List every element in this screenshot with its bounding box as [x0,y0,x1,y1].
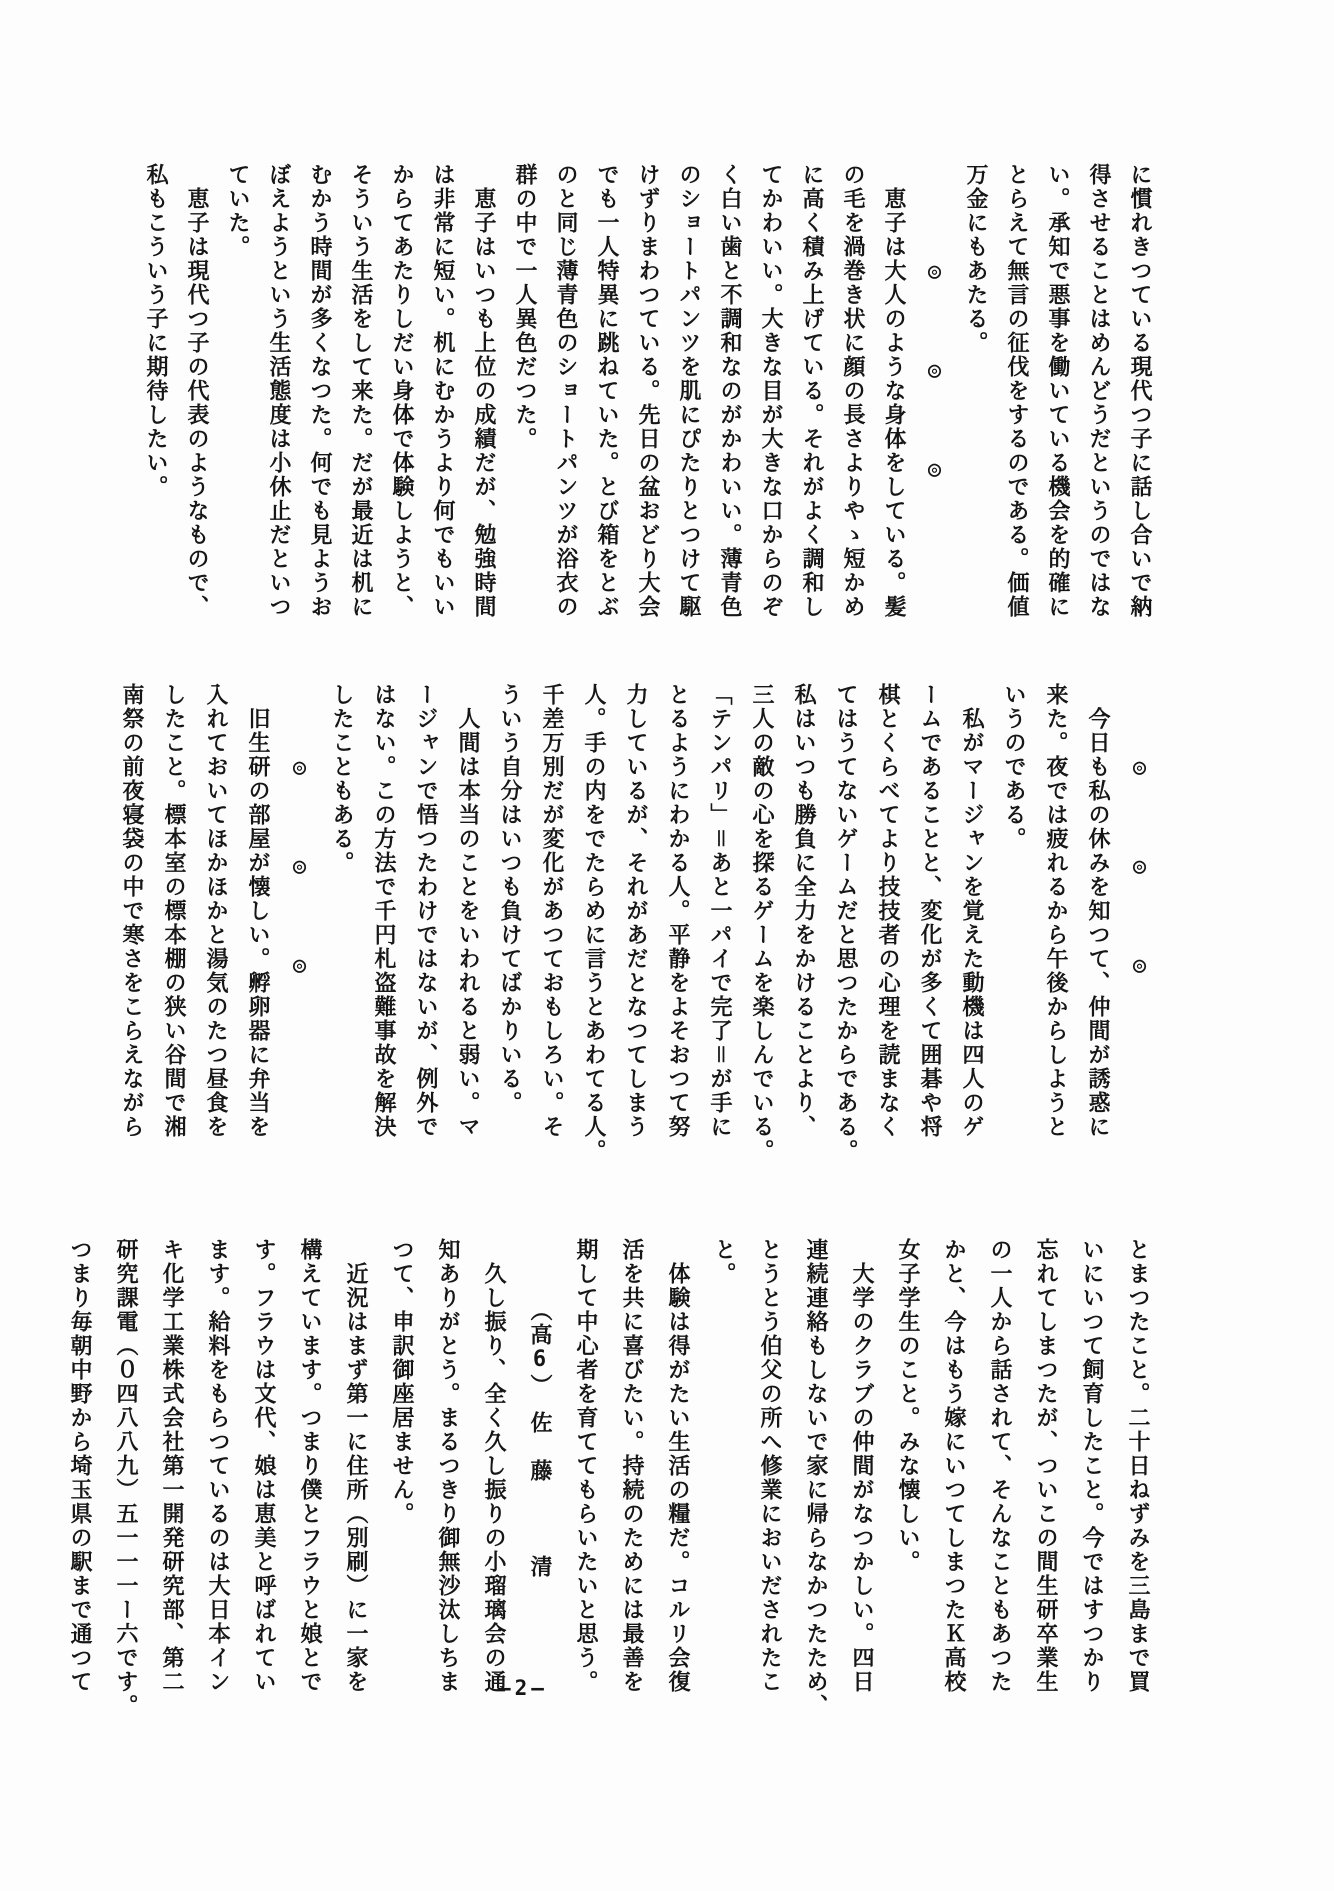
section-separator-circles: ◎ ◎ ◎ [1118,683,1160,1161]
text-column: 連続連絡もしないで家に帰らなかつたため、 [792,1238,838,1693]
text-column: 女子学生のこと。みな懐しい。 [884,1238,930,1693]
text-column: ージャンで悟つたわけではないが、例外で [404,683,446,1161]
text-column: 群の中で一人異色だつた。 [504,163,545,633]
text-column: 三人の敵の心を探るゲームを楽しんでいる。 [740,683,782,1161]
text-column: 棋とくらべてより技技者の心理を読まなく [866,683,908,1161]
text-column: 万金にもあたる。 [955,163,996,633]
text-column: に高く積み上げている。それがよく調和し [791,163,832,633]
text-column: と。 [700,1238,746,1693]
text-band-top: に慣れきつている現代つ子に話し合いで納 得させることはめんどうだというのではな … [135,163,1160,633]
section-separator-circles: ◎ ◎ ◎ [278,683,320,1161]
text-column: キ化学工業株式会社第一開発研究部、第二 [148,1238,194,1693]
text-column: い。承知で悪事を働いている機会を的確に [1037,163,1078,633]
text-column: むかう時間が多くなつた。何でも見ようお [299,163,340,633]
text-column: のショートパンツを肌にぴたりとつけて駆 [668,163,709,633]
text-column: ームであることと、変化が多くて囲碁や将 [908,683,950,1161]
text-column: 研究課電（０四八八九）五一一一ー六です。 [102,1238,148,1693]
text-column: 忘れてしまつたが、ついこの間生研卒業生 [1022,1238,1068,1693]
text-column: の毛を渦巻き状に顔の長さよりやゝ短かめ [832,163,873,633]
text-column: 力しているが、それがあだとなつてしまう [614,683,656,1161]
page-number: ―2― [498,1676,548,1700]
text-column: とまつたこと。二十日ねずみを三島まで買 [1114,1238,1160,1693]
text-column: 期して中心者を育ててもらいたいと思う。 [562,1238,608,1693]
text-column: 人。手の内をでたらめに言うとあわてる人。 [572,683,614,1161]
text-column: 大学のクラブの仲間がなつかしい。四日 [838,1238,884,1693]
text-column: したこともある。 [320,683,362,1161]
text-column: く白い歯と不調和なのがかわいい。薄青色 [709,163,750,633]
section-separator-circles: ◎ ◎ ◎ [914,163,955,633]
text-column: いうのである。 [992,683,1034,1161]
scanned-page: に慣れきつている現代つ子に話し合いで納 得させることはめんどうだというのではな … [0,0,1334,1891]
text-column: ていた。 [217,163,258,633]
text-column: ぼえようという生活態度は小休止だといつ [258,163,299,633]
text-band-middle: ◎ ◎ ◎ 今日も私の休みを知つて、仲間が誘惑に 来た。夜では疲れるから午後から… [110,683,1160,1161]
text-column: 私もこういう子に期待したい。 [135,163,176,633]
text-column: 私がマージャンを覚えた動機は四人のゲ [950,683,992,1161]
text-column: 得させることはめんどうだというのではな [1078,163,1119,633]
text-column: 近況はまず第一に住所（別刷）に一家を [332,1238,378,1693]
text-column: 来た。夜では疲れるから午後からしようと [1034,683,1076,1161]
text-column: 今日も私の休みを知つて、仲間が誘惑に [1076,683,1118,1161]
text-column: とうとう伯父の所へ修業においだされたこ [746,1238,792,1693]
text-column: つて、申訳御座居ません。 [378,1238,424,1693]
text-column: は非常に短い。机にむかうより何でもいい [422,163,463,633]
text-column: 入れておいてほかほかと湯気のたつ昼食を [194,683,236,1161]
text-column: 構えています。つまり僕とフラウと娘とで [286,1238,332,1693]
text-column: 恵子はいつも上位の成績だが、勉強時間 [463,163,504,633]
text-column: 体験は得がたい生活の糧だ。コルリ会復 [654,1238,700,1693]
text-column: とらえて無言の征伐をするのである。価値 [996,163,1037,633]
text-column: てはうてないゲームだと思つたからである。 [824,683,866,1161]
text-column: でも一人特異に跳ねていた。とび箱をとぶ [586,163,627,633]
text-column: からてあたりしだい身体で体験しようと、 [381,163,422,633]
text-column: とるようにわかる人。平静をよそおつて努 [656,683,698,1161]
text-column: す。フラウは文代、娘は恵美と呼ばれてい [240,1238,286,1693]
text-column: 私はいつも勝負に全力をかけることより、 [782,683,824,1161]
text-column: 人間は本当のことをいわれると弱い。マ [446,683,488,1161]
text-column: に慣れきつている現代つ子に話し合いで納 [1119,163,1160,633]
text-column: したこと。標本室の標本棚の狭い谷間で湘 [152,683,194,1161]
text-column: 久し振り、全く久し振りの小瑠璃会の通 [470,1238,516,1693]
text-column: ういう自分はいつも負けてばかりいる。 [488,683,530,1161]
text-column: はない。この方法で千円札盗難事故を解決 [362,683,404,1161]
text-column: 活を共に喜びたい。持続のためには最善を [608,1238,654,1693]
text-column: の一人から話されて、そんなこともあつた [976,1238,1022,1693]
text-column: 恵子は現代つ子の代表のようなもので、 [176,163,217,633]
text-column: そういう生活をして来た。だが最近は机に [340,163,381,633]
text-column: 南祭の前夜寝袋の中で寒さをこらえながら [110,683,152,1161]
text-column: 恵子は大人のような身体をしている。髪 [873,163,914,633]
text-column: かと、今はもう嫁にいつてしまつたＫ高校 [930,1238,976,1693]
text-column: つまり毎朝中野から埼玉県の駅まで通つて [56,1238,102,1693]
text-column: 千差万別だが変化があつておもしろい。そ [530,683,572,1161]
text-column: いにいつて飼育したこと。今ではすつかり [1068,1238,1114,1693]
author-signature: （高6） 佐 藤 清 [516,1238,562,1693]
text-column: のと同じ薄青色のショートパンツが浴衣の [545,163,586,633]
text-column: けずりまわつている。先日の盆おどり大会 [627,163,668,633]
text-column: 旧生研の部屋が懐しい。孵卵器に弁当を [236,683,278,1161]
text-column: 知ありがとう。まるつきり御無沙汰しちま [424,1238,470,1693]
text-band-bottom: とまつたこと。二十日ねずみを三島まで買 いにいつて飼育したこと。今ではすつかり … [56,1238,1160,1693]
text-column: てかわいい。大きな目が大きな口からのぞ [750,163,791,633]
text-column: ます。給料をもらつているのは大日本イン [194,1238,240,1693]
text-column: 「テンパリ」＝あと一パイで完了＝が手に [698,683,740,1161]
